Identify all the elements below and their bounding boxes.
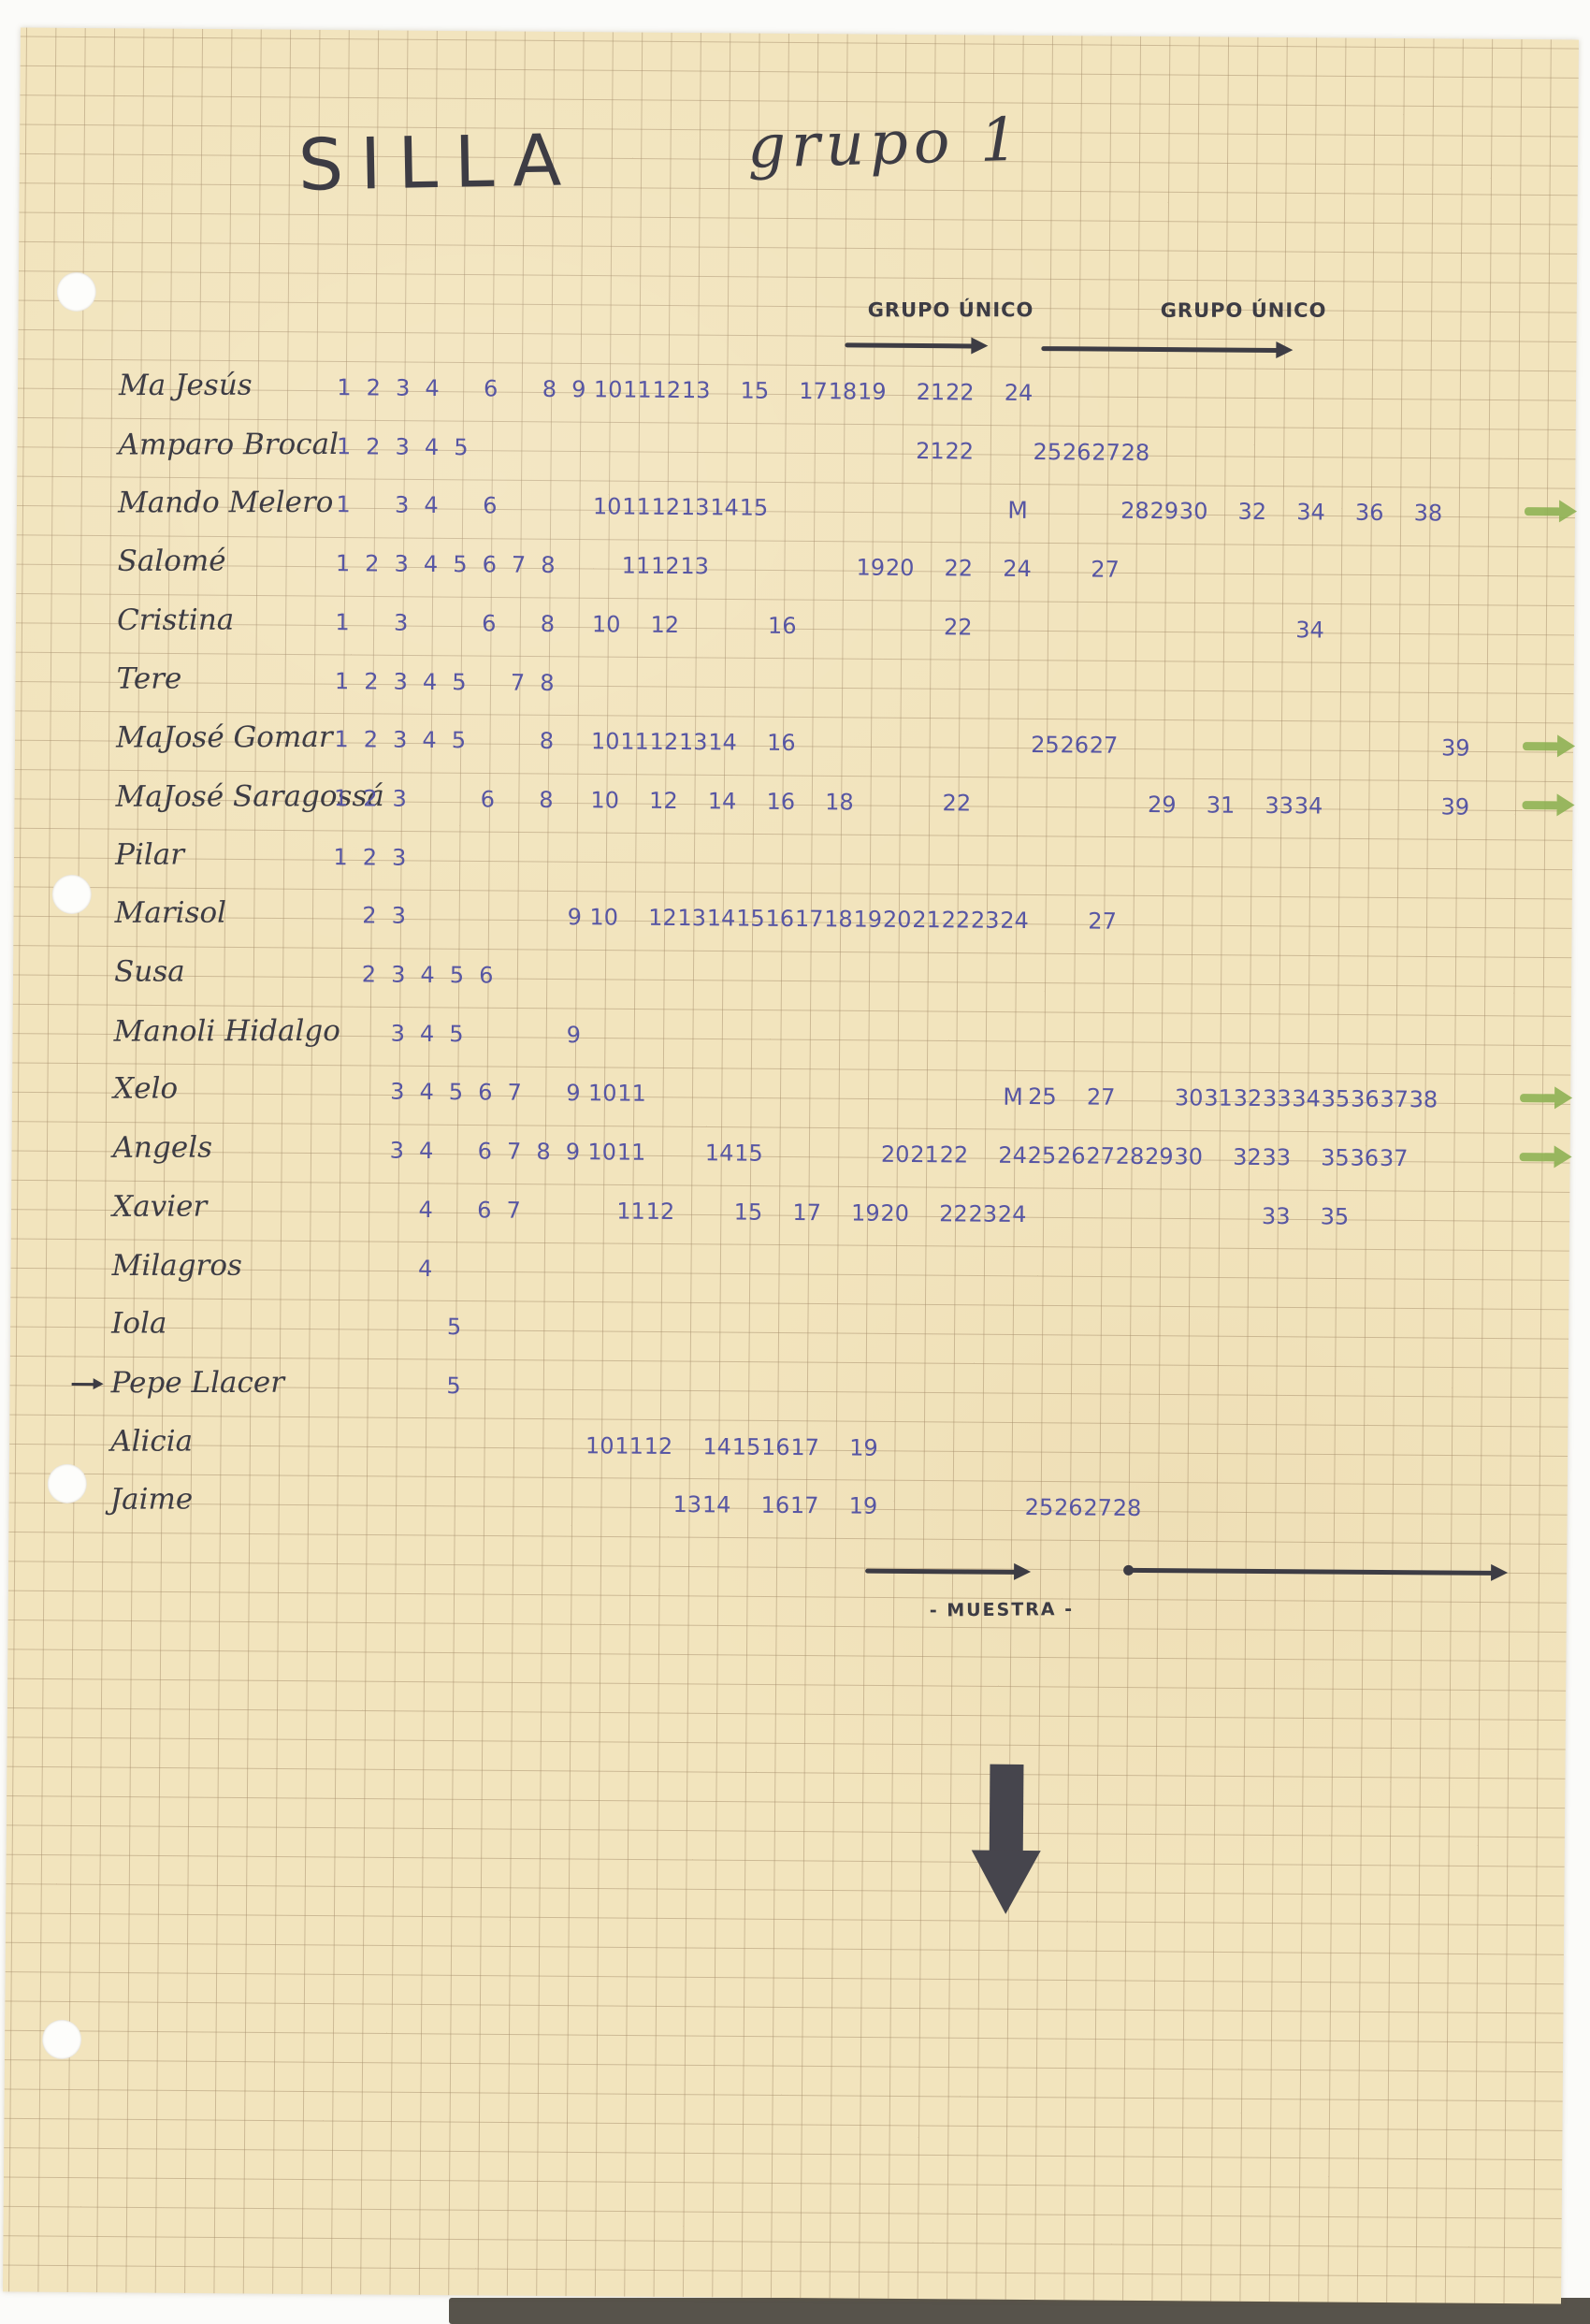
grid-mark-m: M [998, 1083, 1028, 1111]
grid-number: 1 [326, 668, 356, 694]
grid-number: 3 [385, 668, 415, 694]
row-name: Ma Jesús [119, 369, 253, 402]
muestra-arrow-icon [865, 1569, 1017, 1575]
down-arrow-head-icon [971, 1851, 1041, 1915]
grid-number: 35 [1320, 1203, 1350, 1229]
grid-number: 2 [355, 727, 385, 753]
row-name: Mando Melero [118, 486, 333, 520]
grid-number: 33 [1262, 1144, 1292, 1170]
grid-number: 16 [766, 789, 796, 815]
green-arrow-icon [1523, 742, 1560, 750]
row-name: Pepe Llacer [111, 1366, 284, 1400]
grid-number: 24 [1002, 556, 1032, 582]
grid-number: 16 [765, 906, 795, 932]
grid-number: 2 [354, 961, 383, 987]
table-row: Alicia1011121415161719 [9, 1421, 1568, 1476]
scanned-sheet: SILLA grupo 1 GRUPO ÚNICO GRUPO ÚNICO Ma… [0, 0, 1590, 2324]
grid-number: 34 [1294, 792, 1323, 819]
table-row: Xavier4671112151719202223243335 [11, 1186, 1569, 1242]
grid-number: 3 [384, 785, 414, 811]
grid-number: 15 [733, 1198, 763, 1225]
grid-number: 11 [621, 494, 651, 520]
grid-number: 10 [591, 611, 621, 637]
row-name: Manoli Hidalgo [114, 1014, 340, 1049]
grid-number: 2 [354, 844, 384, 870]
grid-number: 11 [619, 729, 649, 755]
grid-number: 28 [1120, 439, 1150, 465]
muestra-label: - MUESTRA - [930, 1599, 1075, 1620]
grid-number: 14 [701, 1492, 731, 1518]
grid-number: 8 [533, 552, 563, 578]
green-arrow-icon [1525, 508, 1562, 516]
grid-number: 11 [622, 377, 652, 403]
grid-number: 6 [474, 610, 504, 636]
grid-number: 22 [942, 790, 972, 816]
row-name: Amparo Brocal [118, 428, 339, 462]
grid-number: 3 [388, 375, 418, 401]
grid-number: 4 [412, 1079, 441, 1105]
grid-number: 14 [707, 788, 737, 814]
grid-number: 8 [528, 1139, 558, 1165]
table-row: Angels3467891011141520212224252627282930… [11, 1128, 1569, 1184]
grid-number: 3 [382, 1138, 412, 1164]
row-name: MaJosé Gomar [116, 720, 333, 755]
grid-number: 6 [470, 1138, 499, 1164]
row-name: Jaime [110, 1483, 194, 1517]
grid-number: 3 [387, 433, 417, 459]
grid-number: 33 [1261, 1203, 1291, 1229]
grid-number: 13 [681, 377, 711, 403]
grid-number: 28 [1112, 1495, 1142, 1521]
grid-number: 17 [792, 1199, 822, 1226]
grid-number: 6 [475, 493, 505, 519]
grid-number: 33 [1262, 1085, 1292, 1111]
grid-number: 39 [1440, 735, 1470, 762]
grid-number: 22 [939, 1141, 969, 1168]
grid-number: 10 [590, 728, 620, 754]
grid-number: 7 [503, 669, 533, 695]
grid-number: 3 [387, 492, 417, 518]
grid-number: 21 [915, 438, 945, 464]
grid-number: 11 [616, 1198, 646, 1224]
grid-number: 5 [441, 962, 471, 988]
paper-sheet: SILLA grupo 1 GRUPO ÚNICO GRUPO ÚNICO Ma… [3, 27, 1579, 2303]
grid-number: 11 [614, 1432, 644, 1459]
grid-number: 38 [1409, 1087, 1438, 1113]
grid-number: 19 [853, 907, 883, 933]
grid-number: 19 [848, 1434, 878, 1460]
grid-number: 34 [1295, 500, 1325, 526]
grid-number: 27 [1086, 1143, 1116, 1169]
grid-number: 4 [417, 375, 447, 401]
table-row: Amparo Brocal12345212225262728 [17, 424, 1575, 479]
table-row: MaJosé Gomar12345810111213141625262739 [15, 718, 1573, 773]
row-name: Angels [113, 1131, 212, 1165]
grid-number: 7 [504, 552, 534, 578]
grid-number: 4 [416, 492, 446, 518]
grid-number: 9 [557, 1139, 587, 1165]
grid-number: 3 [386, 551, 416, 577]
grid-number: 1 [328, 491, 358, 517]
grid-number: 30 [1178, 499, 1208, 525]
grid-number: 13 [677, 905, 707, 931]
grid-number: 14 [702, 1433, 732, 1460]
grid-number: 25 [1033, 439, 1062, 465]
grid-number: 16 [760, 1433, 790, 1460]
green-arrow-icon [1520, 1153, 1557, 1161]
attendance-grid: Ma Jesús12346891011121315171819212224Amp… [21, 27, 1579, 39]
grid-number: 34 [1292, 1086, 1322, 1112]
grid-number: 6 [474, 551, 504, 577]
grid-number: 5 [439, 1373, 469, 1399]
grid-number: 2 [354, 903, 384, 929]
grid-number: 4 [414, 727, 444, 753]
grid-number: 26 [1053, 1495, 1083, 1521]
table-row: Susa23456 [13, 951, 1571, 1007]
grid-number: 1 [327, 609, 357, 635]
grid-number: 12 [650, 612, 680, 638]
grid-number: 6 [470, 1197, 499, 1223]
grid-number: 3 [386, 609, 416, 635]
table-row: Cristina13681012162234 [16, 600, 1574, 655]
grid-number: 23 [968, 1200, 998, 1227]
grid-number: 2 [356, 668, 386, 694]
grid-number: 8 [532, 669, 562, 695]
row-name: Milagros [112, 1248, 242, 1282]
grid-number: 9 [558, 1080, 588, 1106]
grid-number: 12 [650, 553, 680, 579]
grid-number: 5 [441, 1079, 470, 1105]
grid-number: 22 [945, 438, 975, 464]
grid-number: 17 [790, 1434, 820, 1460]
row-name: Tere [117, 661, 182, 695]
grid-number: 14 [707, 729, 737, 755]
table-row: Tere1234578 [15, 659, 1573, 714]
grid-number: 5 [444, 669, 474, 695]
grid-number: 31 [1206, 792, 1236, 818]
grid-number: 36 [1354, 500, 1384, 526]
grid-number: 6 [476, 375, 506, 401]
grid-number: 15 [731, 1433, 761, 1460]
table-row: Ma Jesús12346891011121315171819212224 [18, 365, 1576, 420]
grid-number: 12 [651, 494, 681, 520]
grid-number: 17 [794, 906, 824, 932]
grid-number: 14 [709, 495, 739, 521]
table-row: Xelo3456791011M2527303132333435363738 [12, 1069, 1570, 1125]
grid-number: 3 [383, 903, 413, 929]
grid-number: 14 [706, 906, 736, 932]
grid-number: 26 [1062, 439, 1091, 465]
grupo-unico-label-1: GRUPO ÚNICO [868, 298, 1034, 321]
grid-number: 20 [885, 555, 915, 581]
grid-number: 27 [1089, 733, 1119, 759]
grid-number: 23 [970, 908, 1000, 934]
grid-number: 27 [1086, 1084, 1116, 1111]
row-name: Pilar [115, 837, 184, 871]
grid-number: 8 [531, 728, 561, 754]
grid-number: 19 [857, 379, 887, 405]
grid-number: 37 [1380, 1086, 1409, 1112]
grid-number: 13 [680, 553, 710, 579]
grid-number: 1 [325, 844, 355, 870]
grid-number: 25 [1024, 1494, 1054, 1520]
table-row: MaJosé Saragossá123681012141618222931333… [14, 776, 1572, 831]
grid-number: 20 [880, 1200, 910, 1227]
grid-number: 10 [585, 1432, 614, 1459]
grid-number: 3 [383, 1079, 412, 1105]
grid-number: 11 [616, 1081, 646, 1107]
grid-number: 14 [704, 1140, 734, 1166]
grid-number: 7 [499, 1139, 529, 1165]
grid-number: 3 [385, 727, 415, 753]
grid-number: 18 [828, 378, 858, 404]
grid-number: 9 [559, 904, 589, 930]
grid-number: 27 [1091, 439, 1120, 465]
down-arrow-icon [990, 1765, 1024, 1852]
grid-number: 6 [472, 786, 502, 812]
grid-number: 3 [383, 962, 413, 988]
grid-number: 25 [1027, 1083, 1057, 1110]
table-row: Pilar123 [14, 835, 1572, 890]
grid-number: 1 [329, 374, 359, 400]
grid-number: 26 [1056, 1142, 1086, 1169]
grid-number: 12 [649, 729, 679, 755]
grid-number: 5 [445, 551, 475, 577]
grid-number: 12 [643, 1432, 673, 1459]
grid-number: 27 [1090, 557, 1120, 583]
grid-number: 2 [357, 550, 387, 576]
grid-number: 5 [439, 1314, 469, 1340]
row-name: Xelo [113, 1072, 178, 1106]
grid-number: 16 [767, 613, 797, 639]
grid-number: 17 [798, 378, 828, 404]
grid-number: 2 [358, 374, 388, 400]
grid-mark-m: M [1003, 497, 1033, 524]
grid-number: 35 [1320, 1145, 1350, 1171]
grid-number: 4 [414, 668, 444, 694]
grid-number: 3 [384, 844, 414, 870]
grid-number: 16 [766, 730, 796, 756]
grid-number: 10 [587, 1139, 617, 1165]
grid-number: 32 [1232, 1144, 1262, 1170]
grid-number: 4 [415, 551, 445, 577]
grid-number: 13 [678, 729, 708, 755]
grid-number: 34 [1294, 617, 1324, 643]
grid-number: 4 [416, 434, 446, 460]
grid-number: 9 [558, 1022, 588, 1048]
grid-number: 4 [411, 1255, 441, 1281]
grid-number: 22 [943, 614, 973, 640]
grid-number: 4 [412, 1138, 441, 1164]
grid-number: 21 [916, 379, 946, 405]
grid-number: 24 [999, 908, 1029, 934]
grid-number: 31 [1203, 1085, 1233, 1111]
grid-number: 37 [1379, 1145, 1409, 1171]
grid-number: 2 [355, 785, 385, 811]
grid-number: 10 [592, 494, 622, 520]
grid-number: 22 [945, 379, 975, 405]
grid-number: 2 [358, 433, 388, 459]
grid-number: 20 [880, 1141, 910, 1168]
page-subtitle: grupo 1 [746, 106, 1024, 182]
grid-number: 12 [647, 905, 677, 931]
grid-number: 1 [328, 433, 358, 459]
row-name: Susa [114, 954, 185, 988]
grid-number: 4 [412, 962, 442, 988]
grid-number: 13 [680, 494, 710, 520]
grid-number: 3 [383, 1020, 412, 1046]
grid-number: 8 [531, 787, 561, 813]
grid-number: 10 [587, 1081, 617, 1107]
grid-number: 29 [1144, 1143, 1174, 1169]
table-row: Jaime131416171925262728 [8, 1480, 1567, 1535]
grid-number: 36 [1350, 1086, 1380, 1112]
grid-number: 24 [1004, 380, 1033, 406]
grid-number: 19 [848, 1493, 878, 1519]
grid-number: 12 [645, 1198, 675, 1225]
grid-number: 39 [1440, 793, 1470, 820]
grid-number: 8 [534, 376, 564, 402]
grid-number: 10 [593, 376, 623, 402]
table-row: Salomé123456781112131920222427 [16, 542, 1574, 597]
grid-number: 27 [1083, 1495, 1113, 1521]
muestra-range-arrow-icon [1127, 1568, 1494, 1576]
row-name: Salomé [118, 545, 226, 578]
grid-number: 19 [856, 555, 886, 581]
row-name: Cristina [117, 603, 234, 636]
row-pointer-arrow-icon [72, 1383, 94, 1386]
grid-number: 29 [1147, 792, 1177, 818]
grid-number: 22 [938, 1200, 968, 1227]
row-name: Iola [111, 1307, 166, 1341]
grid-number: 12 [648, 788, 678, 814]
grid-number: 22 [944, 555, 974, 581]
grid-number: 33 [1265, 792, 1294, 819]
grid-number: 11 [621, 553, 651, 579]
table-row: Marisol239101213141516171819202122232427 [13, 893, 1571, 949]
grid-number: 11 [616, 1140, 646, 1166]
grid-number: 30 [1174, 1143, 1204, 1169]
grid-number: 15 [739, 495, 769, 521]
grid-number: 4 [412, 1020, 442, 1046]
table-row: Manoli Hidalgo3459 [12, 1010, 1570, 1066]
page-title: SILLA [297, 118, 579, 206]
grid-number: 10 [589, 905, 619, 931]
grid-number: 15 [733, 1140, 763, 1167]
grid-number: 1 [325, 785, 355, 811]
grid-number: 7 [499, 1080, 529, 1106]
row-name: Marisol [115, 896, 227, 930]
grid-number: 10 [590, 787, 620, 813]
grid-number: 27 [1088, 908, 1118, 935]
grid-number: 13 [672, 1491, 702, 1518]
grid-number: 35 [1321, 1086, 1351, 1112]
grid-number: 24 [997, 1201, 1027, 1227]
grid-number: 28 [1115, 1143, 1145, 1169]
table-row: Mando Melero1346101112131415M28293032343… [17, 483, 1575, 538]
row-name: Xavier [112, 1189, 207, 1223]
grid-number: 17 [789, 1492, 819, 1518]
grid-number: 30 [1174, 1085, 1204, 1111]
grid-number: 28 [1120, 498, 1149, 524]
grupo-unico-label-2: GRUPO ÚNICO [1161, 299, 1327, 322]
grid-number: 4 [411, 1197, 441, 1223]
table-row: Milagros4 [10, 1245, 1568, 1300]
grid-number: 8 [532, 611, 562, 637]
grid-number: 12 [652, 377, 682, 403]
grid-number: 25 [1030, 732, 1060, 758]
grid-number: 26 [1060, 732, 1090, 758]
grid-number: 18 [824, 789, 854, 815]
table-row: Pepe Llacer5 [9, 1362, 1568, 1417]
table-row: Iola5 [10, 1304, 1568, 1359]
green-arrow-icon [1523, 801, 1560, 809]
grid-number: 1 [327, 550, 357, 576]
grid-number: 22 [941, 908, 971, 934]
row-name: Alicia [110, 1424, 193, 1458]
green-arrow-icon [1520, 1094, 1557, 1102]
grid-number: 5 [443, 727, 473, 753]
grid-number: 38 [1413, 501, 1443, 527]
grid-number: 5 [446, 434, 476, 460]
grid-number: 21 [909, 1141, 939, 1168]
grupo-unico-arrow-1-icon [845, 342, 974, 348]
grid-number: 1 [326, 726, 356, 752]
grid-number: 32 [1237, 499, 1267, 525]
grid-number: 7 [499, 1197, 528, 1223]
grid-number: 29 [1149, 498, 1179, 524]
grid-number: 16 [760, 1492, 790, 1518]
grid-number: 6 [470, 1080, 500, 1106]
grid-number: 36 [1350, 1145, 1380, 1171]
grid-number: 24 [998, 1142, 1028, 1169]
grid-number: 6 [471, 962, 501, 988]
grid-number: 25 [1027, 1142, 1057, 1169]
grid-number: 15 [740, 378, 770, 404]
punch-hole [42, 2020, 81, 2059]
grid-number: 18 [823, 907, 853, 933]
grid-number: 19 [850, 1199, 880, 1226]
grid-number: 9 [564, 376, 594, 402]
grid-number: 15 [735, 906, 765, 932]
punch-hole [57, 272, 96, 312]
grid-number: 32 [1233, 1085, 1263, 1111]
grid-number: 20 [882, 907, 912, 933]
grid-number: 5 [441, 1021, 471, 1047]
grid-number: 21 [911, 907, 941, 933]
grupo-unico-arrow-2-icon [1041, 346, 1279, 353]
